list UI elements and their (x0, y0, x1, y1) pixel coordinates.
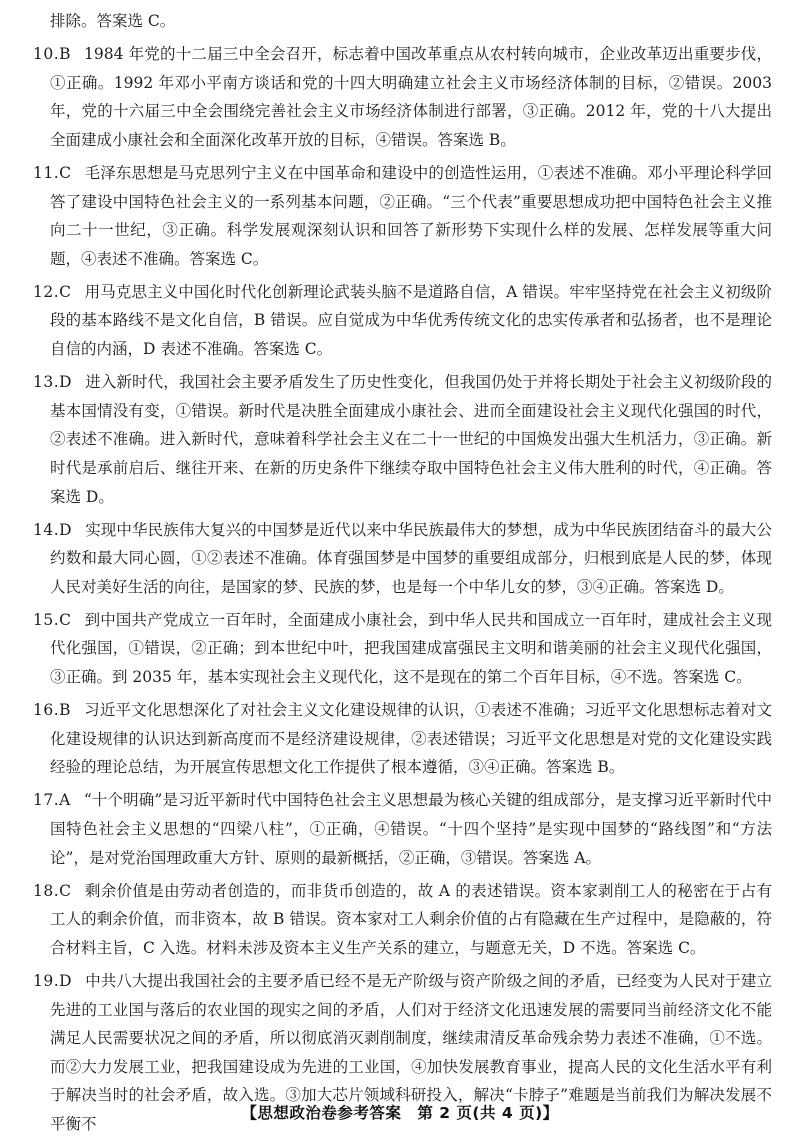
item-explanation: 1984 年党的十二届三中全会召开，标志着中国改革重点从农村转向城市，企业改革迈… (50, 45, 772, 149)
item-explanation: 进入新时代，我国社会主要矛盾发生了历史性变化，但我国仍处于并将长期处于社会主义初… (50, 373, 772, 505)
page-footer: 【思想政治卷参考答案 第 2 页(共 4 页)】 (0, 1101, 800, 1123)
item-explanation: 习近平文化思想深化了对社会主义文化建设规律的认识，①表述不准确；习近平文化思想标… (50, 701, 772, 776)
item-number: 14.D (33, 521, 72, 539)
item-explanation: 用马克思主义中国化时代化创新理论武装头脑不是道路自信，A 错误。牢牢坚持党在社会… (50, 283, 772, 358)
item-explanation: “十个明确”是习近平新时代中国特色社会主义思想最为核心关键的组成部分，是支撑习近… (50, 791, 772, 866)
item-explanation: 到中国共产党成立一百年时，全面建成小康社会，到中华人民共和国成立一百年时，建成社… (50, 611, 772, 686)
continuation-line: 排除。答案选 C。 (33, 7, 772, 36)
item-number: 12.C (33, 283, 72, 301)
item-explanation: 毛泽东思想是马克思列宁主义在中国革命和建设中的创造性运用，①表述不准确。邓小平理… (50, 164, 772, 268)
item-number: 18.C (33, 882, 72, 900)
answer-item: 10.B1984 年党的十二届三中全会召开，标志着中国改革重点从农村转向城市，企… (33, 40, 772, 154)
item-number: 15.C (33, 611, 72, 629)
item-number: 10.B (33, 45, 71, 63)
answer-item: 18.C剩余价值是由劳动者创造的，而非货币创造的，故 A 的表述错误。资本家剥削… (33, 877, 772, 963)
answer-item: 12.C用马克思主义中国化时代化创新理论武装头脑不是道路自信，A 错误。牢牢坚持… (33, 278, 772, 364)
answer-item: 11.C毛泽东思想是马克思列宁主义在中国革命和建设中的创造性运用，①表述不准确。… (33, 159, 772, 273)
answer-item: 16.B习近平文化思想深化了对社会主义文化建设规律的认识，①表述不准确；习近平文… (33, 696, 772, 782)
item-explanation: 剩余价值是由劳动者创造的，而非货币创造的，故 A 的表述错误。资本家剥削工人的秘… (50, 882, 772, 957)
answer-item: 14.D实现中华民族伟大复兴的中国梦是近代以来中华民族最伟大的梦想，成为中华民族… (33, 516, 772, 602)
item-number: 16.B (33, 701, 71, 719)
item-number: 17.A (33, 791, 71, 809)
item-number: 13.D (33, 373, 72, 391)
item-explanation: 实现中华民族伟大复兴的中国梦是近代以来中华民族最伟大的梦想，成为中华民族团结奋斗… (50, 521, 772, 596)
answer-item: 13.D进入新时代，我国社会主要矛盾发生了历史性变化，但我国仍处于并将长期处于社… (33, 368, 772, 511)
answer-item: 17.A“十个明确”是习近平新时代中国特色社会主义思想最为核心关键的组成部分，是… (33, 786, 772, 872)
answer-sheet-page: 排除。答案选 C。 10.B1984 年党的十二届三中全会召开，标志着中国改革重… (0, 0, 800, 1137)
item-number: 19.D (33, 972, 72, 990)
answer-item: 15.C到中国共产党成立一百年时，全面建成小康社会，到中华人民共和国成立一百年时… (33, 606, 772, 692)
item-number: 11.C (33, 164, 72, 182)
